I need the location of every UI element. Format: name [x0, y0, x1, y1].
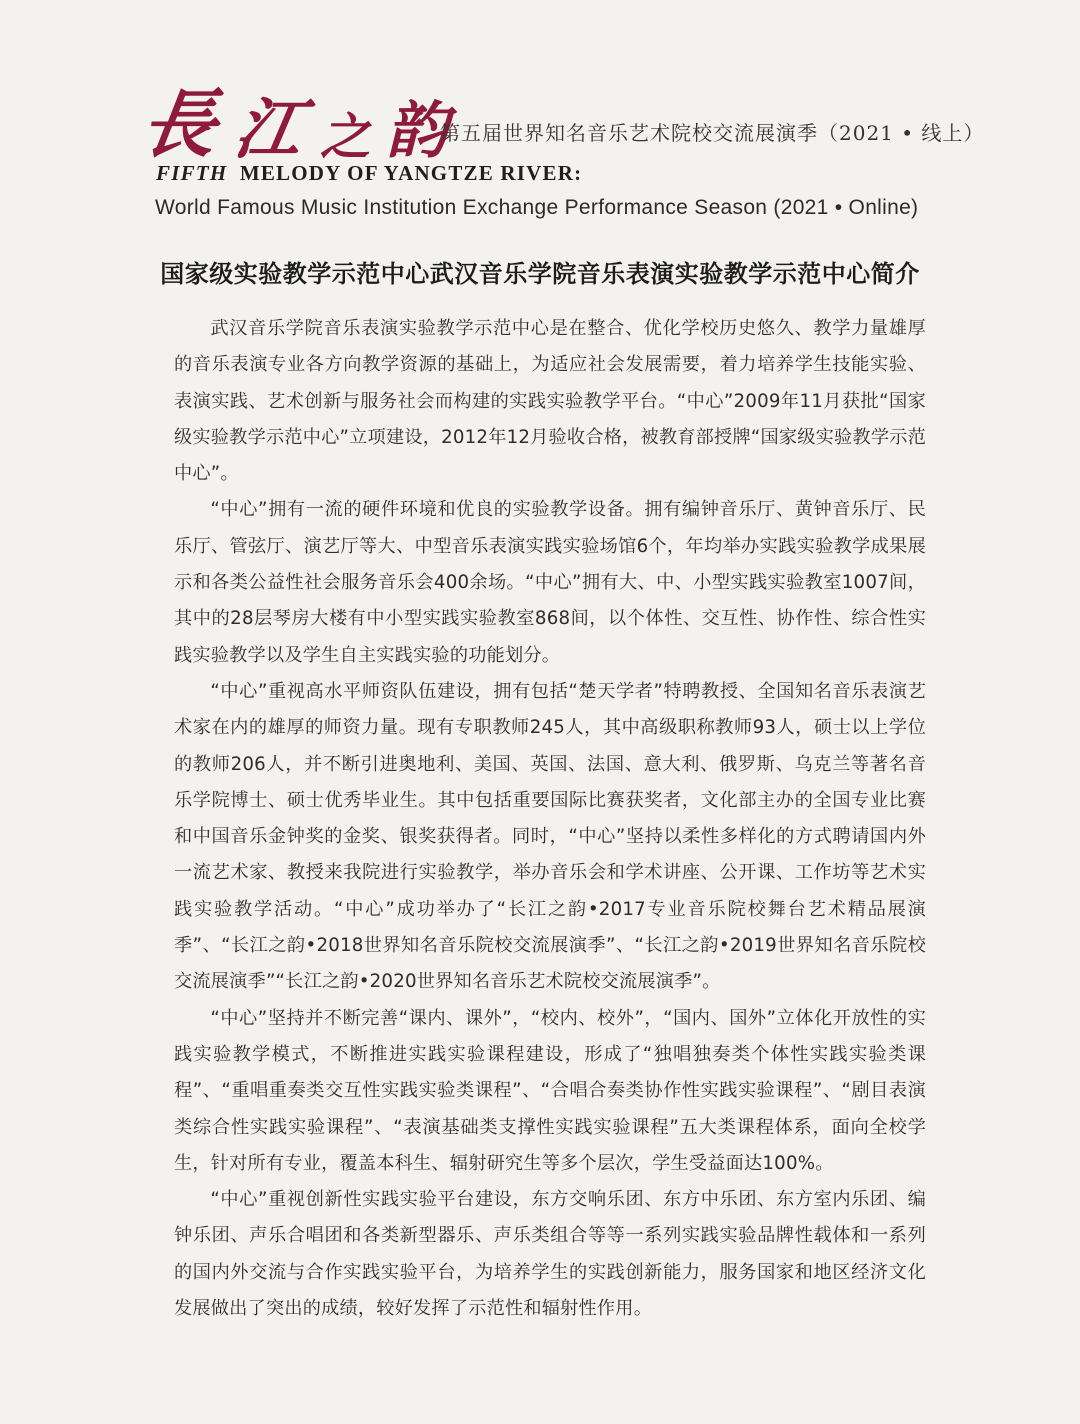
paragraph-platforms: “中心”重视创新性实践实验平台建设，东方交响乐团、东方中乐团、东方室内乐团、编钟…	[174, 1182, 926, 1327]
paragraph-curriculum: “中心”坚持并不断完善“课内、课外”，“校内、校外”，“国内、国外”立体化开放性…	[174, 1001, 926, 1182]
logo-char: 長	[137, 88, 235, 162]
english-event-subtitle: World Famous Music Institution Exchange …	[155, 196, 918, 220]
english-title-main: MELODY OF YANGTZE RIVER:	[240, 161, 582, 185]
page-header: 長 江 之 韵 第五届世界知名音乐艺术院校交流展演季（2021 • 线上） FI…	[0, 0, 1080, 240]
document-title: 国家级实验教学示范中心武汉音乐学院音乐表演实验教学示范中心简介	[0, 254, 1080, 289]
edition-ordinal: FIFTH	[156, 161, 227, 185]
logo-char: 之	[320, 112, 384, 162]
chinese-event-subtitle: 第五届世界知名音乐艺术院校交流展演季（2021 • 线上）	[440, 117, 984, 146]
document-body: 武汉音乐学院音乐表演实验教学示范中心是在整合、优化学校历史悠久、教学力量雄厚的音…	[174, 311, 926, 1327]
paragraph-facilities: “中心”拥有一流的硬件环境和优良的实验教学设备。拥有编钟音乐厅、黄钟音乐厅、民乐…	[174, 492, 926, 673]
paragraph-faculty: “中心”重视高水平师资队伍建设，拥有包括“楚天学者”特聘教授、全国知名音乐表演艺…	[174, 674, 926, 1001]
paragraph-overview: 武汉音乐学院音乐表演实验教学示范中心是在整合、优化学校历史悠久、教学力量雄厚的音…	[174, 311, 926, 492]
english-event-title: FIFTH MELODY OF YANGTZE RIVER:	[156, 161, 582, 186]
calligraphy-logo: 長 江 之 韵	[142, 82, 462, 162]
logo-char: 江	[230, 96, 322, 162]
